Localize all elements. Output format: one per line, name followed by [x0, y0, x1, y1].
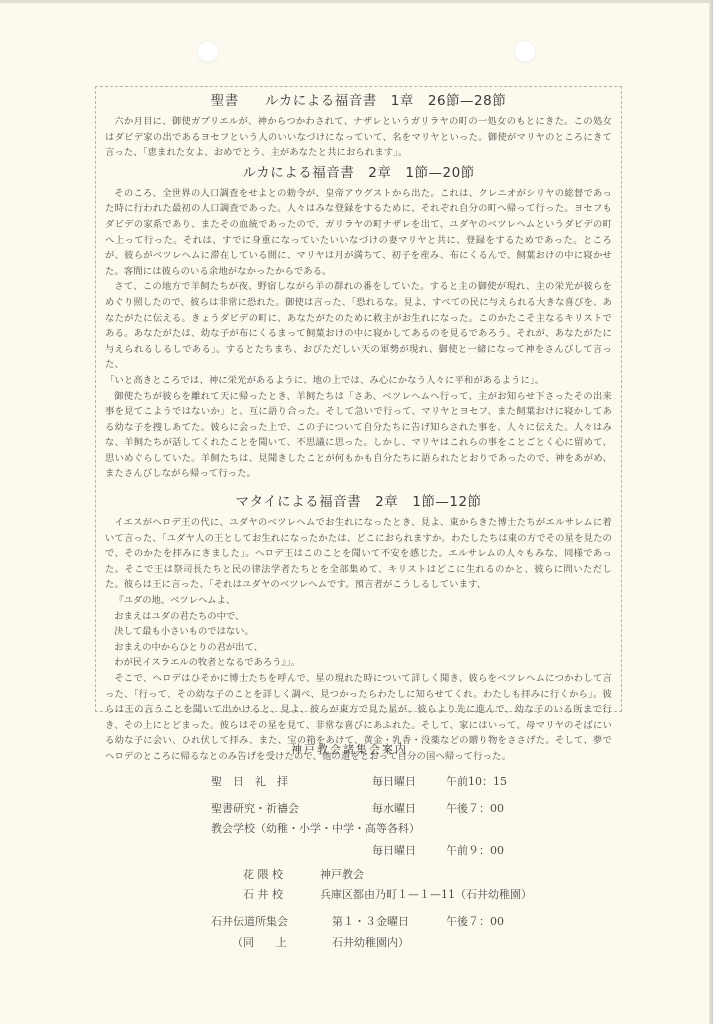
meeting-name: （同 上 — [232, 934, 287, 950]
poem-line: 決して最も小さいものではない。 — [105, 624, 612, 640]
reading-title-luke-2: ルカによる福音書 2章 1節—20節 — [105, 164, 612, 182]
page-top-edge — [0, 0, 713, 3]
reading-paragraph: そのころ、全世界の人口調査をせよとの勅令が、皇帝アウグストから出た。これは、クレ… — [105, 186, 612, 280]
meeting-name: 石井伝道所集会 — [211, 913, 288, 929]
meeting-name: 教会学校（幼稚・小学・中学・高等各科） — [211, 820, 420, 836]
page-right-edge — [709, 0, 713, 1024]
reading-title-matthew-2: マタイによる福音書 2章 1節—12節 — [105, 493, 612, 511]
poem-line: わが民イスラエルの牧者となるであろう』」。 — [105, 655, 612, 671]
reading-paragraph: さて、この地方で羊飼たちが夜、野宿しながら羊の群れの番をしていた。すると主の御使… — [105, 279, 612, 373]
meeting-name: 石 井 校 — [243, 886, 283, 902]
reading-paragraph: 御使たちが彼らを離れて天に帰ったとき、羊飼たちは「さあ、ベツレヘムへ行って、主が… — [105, 389, 612, 483]
reading-paragraph: 六か月目に、御使ガブリエルが、神からつかわされて、ナザレというガリラヤの町の一処… — [105, 114, 612, 161]
scripture-readings-box: 聖書ルカによる福音書 1章 26節—28節 六か月目に、御使ガブリエルが、神から… — [95, 86, 622, 712]
reading-title-luke-1: 聖書ルカによる福音書 1章 26節—28節 — [105, 92, 612, 110]
meeting-day: 毎日曜日 — [372, 842, 416, 858]
meeting-location: 石井幼稚園内） — [332, 934, 409, 950]
meeting-name: 花 隈 校 — [243, 866, 283, 882]
meeting-time: 午前９：00 — [446, 842, 504, 858]
punch-hole-right — [514, 41, 536, 63]
meeting-day: 毎日曜日 — [372, 773, 416, 789]
meeting-name: 聖 日 礼 拝 — [211, 773, 288, 789]
punch-hole-left — [197, 41, 219, 63]
poem-line: 『ユダの地、ベツレヘムよ、 — [105, 593, 612, 609]
poem-line: おまえはユダの君たちの中で、 — [105, 609, 612, 625]
poem-line: おまえの中からひとりの君が出て、 — [105, 640, 612, 656]
meeting-day: 毎水曜日 — [372, 800, 416, 816]
reading-quote: 「いと高きところでは、神に栄光があるように、地の上では、み心にかなう人々に平和が… — [105, 373, 612, 389]
notice-title: 神戸教会諸集会案内 — [291, 741, 408, 757]
meeting-day: 第１・３金曜日 — [332, 913, 409, 929]
meeting-time: 午後７：00 — [446, 913, 504, 929]
meeting-time: 午後７：00 — [446, 800, 504, 816]
reading-paragraph: イエスがヘロデ王の代に、ユダヤのベツレヘムでお生れになったとき、見よ、東からきた… — [105, 515, 612, 593]
meeting-time: 午前10：15 — [446, 773, 507, 789]
meeting-location: 兵庫区都由乃町１—１—11（石井幼稚園） — [320, 886, 532, 902]
meeting-location: 神戸教会 — [320, 866, 364, 882]
meeting-name: 聖書研究・祈禱会 — [211, 800, 299, 816]
reading-reference: ルカによる福音書 1章 26節—28節 — [265, 93, 506, 109]
reading-label: 聖書 — [211, 93, 239, 109]
